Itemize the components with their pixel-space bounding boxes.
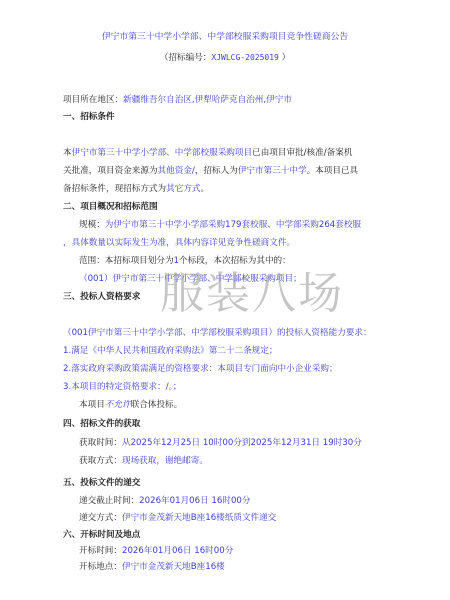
obtain-method-line: 获取方式：现场获取，谢绝邮寄。 (79, 455, 208, 467)
opening-time-value: 2026年01月06日 16时00分 (122, 546, 233, 556)
text: 本 (63, 148, 72, 158)
text: 个标段，本次招标为其中的： (179, 256, 291, 266)
section-1-para-line-1: 本伊宁市第三十中学小学部、中学部校服采购项目已由项目审批/核准/备案机 (63, 147, 352, 159)
text: ，招标人为 (195, 166, 238, 176)
announcement-document: 伊宁市第三十中学小学部、中学部校服采购项目竞争性磋商公告 （招标编号：XJWLC… (0, 0, 450, 600)
consortium-line: 本项目不允许联合体投标。 (79, 399, 182, 411)
submit-deadline-label: 递交截止时间： (79, 496, 139, 506)
tenderer: 伊宁市第三十中学 (238, 166, 307, 176)
scale-line-2: ，具体数量以实际发生为准，具体内容详见竞争性磋商文件。 (63, 237, 295, 249)
consortium-value: 不允许 (105, 400, 131, 410)
submit-deadline-value: 2026年01月06日 16时00分 (139, 496, 250, 506)
section-2-heading: 二、项目概况和招标范围 (63, 201, 158, 213)
text: 备招标条件，现招标方式为 (63, 184, 166, 194)
opening-time-line: 开标时间：2026年01月06日 16时00分 (79, 545, 233, 557)
text: 范围：本招标项目划分为 (79, 256, 174, 266)
region-value: 新疆维吾尔自治区,伊犁哈萨克自治州,伊宁市 (123, 95, 292, 105)
project-region: 项目所在地区：新疆维吾尔自治区,伊犁哈萨克自治州,伊宁市 (63, 94, 292, 106)
bid-method: 其它方式 (166, 184, 200, 194)
scale-value: 为伊宁市第三十中学小学部采购179套校服、中学部采购264套校服 (105, 220, 361, 230)
obtain-time-line: 获取时间：从2025年12月25日 10时00分到2025年12月31日 19时… (79, 437, 362, 449)
document-title: 伊宁市第三十中学小学部、中学部校服采购项目竞争性磋商公告 (0, 31, 450, 43)
section-3-heading: 三、投标人资格要求 (63, 291, 140, 303)
lot-item: （001）伊宁市第三十中学小学部、中学部校服采购项目； (79, 273, 302, 285)
section-1-para-line-2: 关批准，项目资金来源为其他资金/，招标人为伊宁市第三十中学。本项目已具 (63, 165, 358, 177)
fund-source: 其他资金/ (158, 166, 195, 176)
text: 已由项目审批/核准/备案机 (252, 148, 352, 158)
scope-line: 范围：本招标项目划分为1个标段，本次招标为其中的： (79, 255, 291, 267)
qualification-1: 1.满足《中华人民共和国政府采购法》第二十二条规定； (63, 345, 277, 357)
text: 关批准，项目资金来源为 (63, 166, 158, 176)
opening-place-value: 伊宁市金茂新天地B座16楼 (122, 562, 225, 572)
text: 。本项目已具 (307, 166, 359, 176)
submit-deadline-line: 递交截止时间：2026年01月06日 16时00分 (79, 495, 250, 507)
opening-place-label: 开标地点： (79, 562, 122, 572)
obtain-time-value: 从2025年12月25日 10时00分到2025年12月31日 19时30分 (122, 438, 362, 448)
section-5-heading: 五、投标文件的递交 (63, 477, 140, 489)
submit-method-value: 伊宁市金茂新天地B座16楼纸质文件递交 (122, 513, 276, 523)
bid-number: XJWLCG-2025019 (211, 53, 278, 62)
text: 。 (201, 184, 210, 194)
obtain-time-label: 获取时间： (79, 438, 122, 448)
bid-number-line: （招标编号：XJWLCG-2025019 ） (0, 52, 450, 64)
section-1-para-line-3: 备招标条件，现招标方式为其它方式。 (63, 183, 209, 195)
obtain-method-value: 现场获取，谢绝邮寄。 (122, 456, 208, 466)
scale-label: 规模： (79, 220, 105, 230)
project-name: 伊宁市第三十中学小学部、中学部校服采购项目 (72, 148, 252, 158)
text: 本项目 (79, 400, 105, 410)
section-4-heading: 四、招标文件的获取 (63, 418, 140, 430)
submit-method-line: 递交方式：伊宁市金茂新天地B座16楼纸质文件递交 (79, 512, 276, 524)
submit-method-label: 递交方式： (79, 513, 122, 523)
bid-number-suffix: ） (279, 53, 290, 63)
qualification-3: 3.本项目的特定资格要求：/。； (63, 381, 182, 393)
section-1-heading: 一、招标条件 (63, 111, 115, 123)
opening-time-label: 开标时间： (79, 546, 122, 556)
qualification-intro: （001伊宁市第三十中学小学部、中学部校服采购项目）的投标人资格能力要求： (63, 327, 372, 339)
section-6-heading: 六、开标时间及地点 (63, 529, 140, 541)
scale-line-1: 规模：为伊宁市第三十中学小学部采购179套校服、中学部采购264套校服 (79, 219, 361, 231)
qualification-2: 2.落实政府采购政策需满足的资格要求：本项目专门面向中小企业采购； (63, 363, 338, 375)
opening-place-line: 开标地点：伊宁市金茂新天地B座16楼 (79, 561, 225, 573)
text: 联合体投标。 (131, 400, 183, 410)
bid-number-prefix: （招标编号： (160, 53, 212, 63)
region-label: 项目所在地区： (63, 95, 123, 105)
obtain-method-label: 获取方式： (79, 456, 122, 466)
